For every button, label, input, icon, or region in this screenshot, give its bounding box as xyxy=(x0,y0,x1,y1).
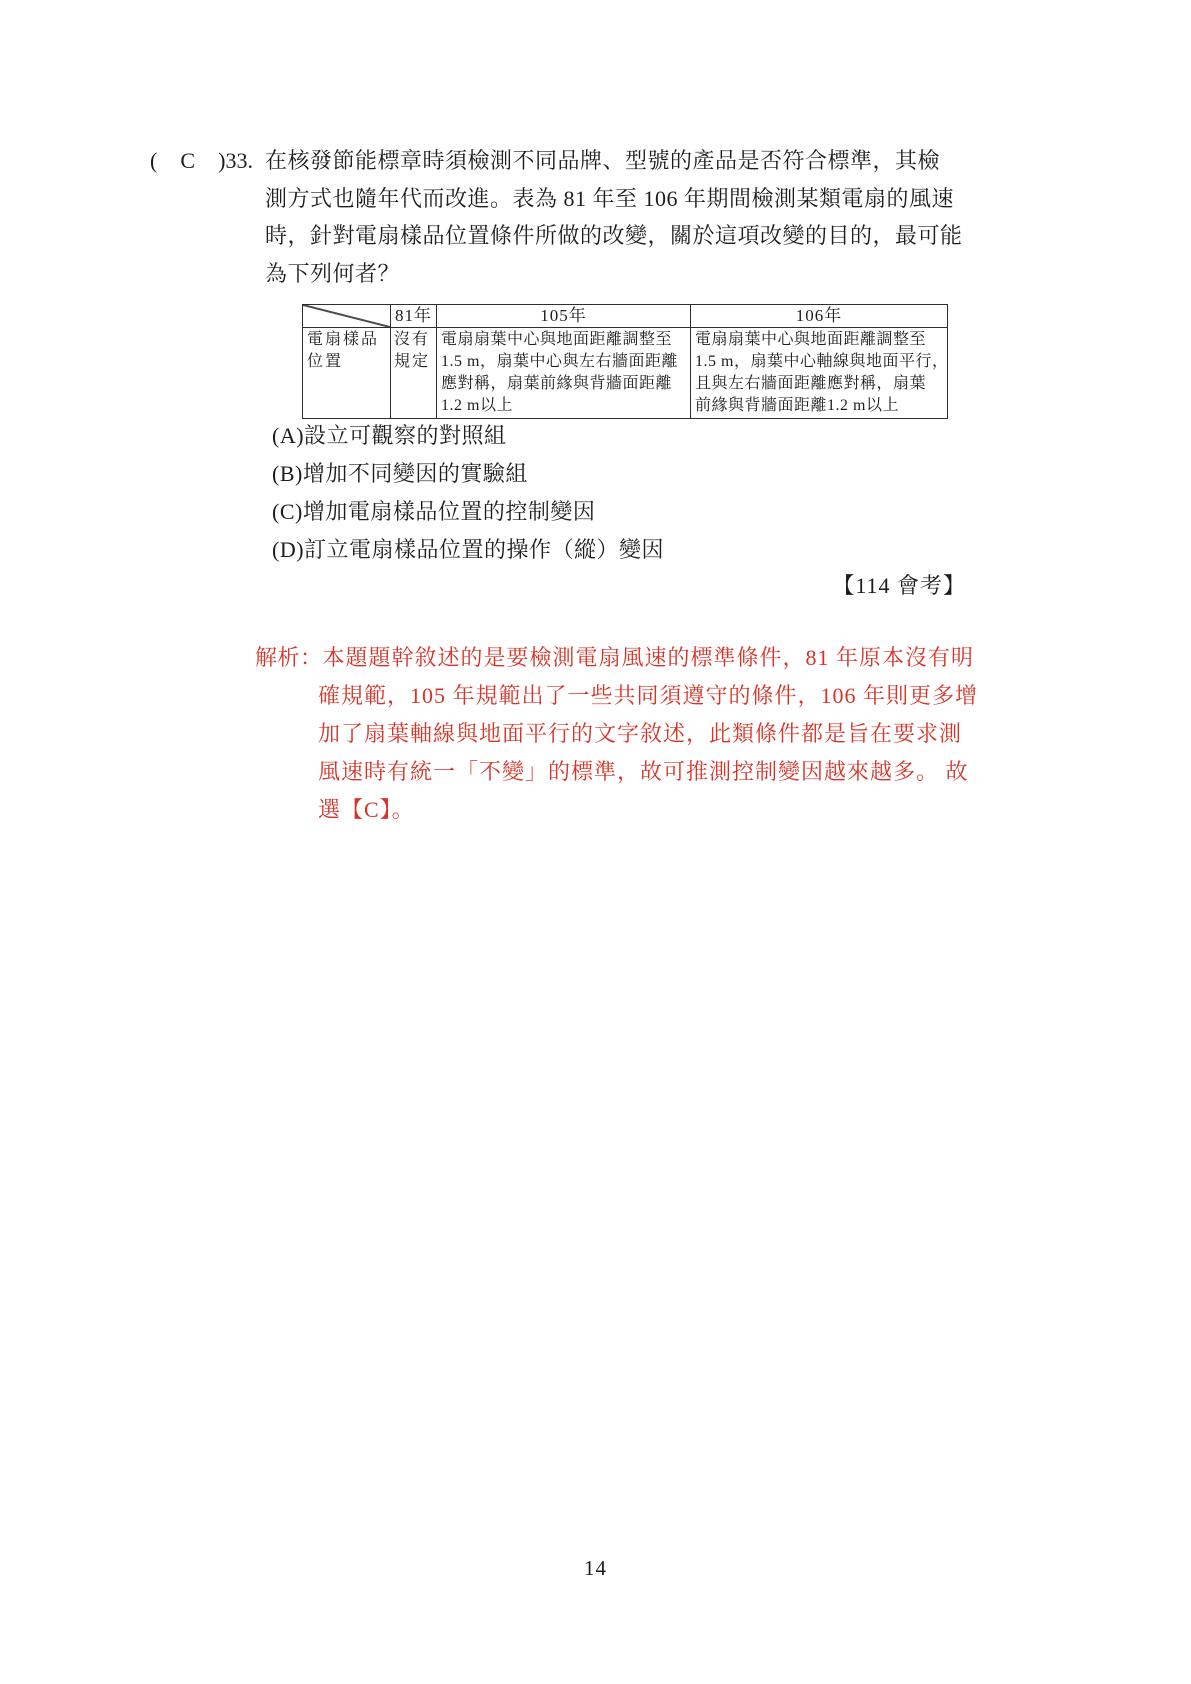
cell-line: 前緣與背牆面距離1.2 m以上 xyxy=(695,395,943,417)
cell-year-105: 電扇扇葉中心與地面距離調整至 1.5 m，扇葉中心與左右牆面距離 應對稱，扇葉前… xyxy=(437,328,691,419)
analysis-line: 加了扇葉軸線與地面平行的文字敘述，此類條件都是旨在要求測 xyxy=(318,715,978,753)
cell-line: 1.5 m，扇葉中心與左右牆面距離 xyxy=(441,351,686,373)
cell-year-106: 電扇扇葉中心與地面距離調整至 1.5 m，扇葉中心軸線與地面平行， 且與左右牆面… xyxy=(691,328,948,419)
option-b: (B)增加不同變因的實驗組 xyxy=(272,455,664,493)
cell-line: 應對稱，扇葉前緣與背牆面距離 xyxy=(441,373,686,395)
fan-spec-comparison-table: 81年 105年 106年 電扇樣品 位置 沒有 規定 電扇扇葉中心與地面距離調… xyxy=(302,304,948,419)
analysis-line: 風速時有統一「不變」的標準，故可推測控制變因越來越多。 故 xyxy=(318,753,978,791)
analysis-line: 本題題幹敘述的是要檢測電扇風速的標準條件，81 年原本沒有明 xyxy=(323,639,975,677)
exam-source-tag: 【114 會考】 xyxy=(150,569,966,600)
option-a: (A)設立可觀察的對照組 xyxy=(272,417,664,455)
question-text-line: 測方式也隨年代而改進。表為 81 年至 106 年期間檢測某類電扇的風速 xyxy=(265,180,963,218)
answer-letter: C xyxy=(180,142,195,180)
table-corner-cell xyxy=(303,305,391,328)
page-number: 14 xyxy=(0,1556,1191,1581)
analysis-line: 確規範，105 年規範出了一些共同須遵守的條件，106 年則更多增 xyxy=(318,677,978,715)
diagonal-line-icon xyxy=(303,305,390,327)
question-number: )33. xyxy=(218,142,253,180)
row-label-line: 位置 xyxy=(307,351,386,373)
question-text-line: 時，針對電扇樣品位置條件所做的改變，關於這項改變的目的，最可能 xyxy=(265,217,963,255)
document-page: ( C )33. 在核發節能標章時須檢測不同品牌、型號的產品是否符合標準，其檢 … xyxy=(0,0,1191,1684)
analysis-block: 解析： 本題題幹敘述的是要檢測電扇風速的標準條件，81 年原本沒有明 確規範，1… xyxy=(255,639,978,829)
cell-year-81: 沒有 規定 xyxy=(391,328,437,419)
cell-line: 規定 xyxy=(394,351,433,373)
row-label-cell: 電扇樣品 位置 xyxy=(303,328,391,419)
cell-line: 電扇扇葉中心與地面距離調整至 xyxy=(695,329,943,351)
row-label-line: 電扇樣品 xyxy=(307,329,386,351)
question-text-line: 為下列何者？ xyxy=(265,255,963,293)
year-header-106: 106年 xyxy=(691,305,948,328)
cell-line: 沒有 xyxy=(394,329,433,351)
cell-line: 且與左右牆面距離應對稱，扇葉 xyxy=(695,373,943,395)
question-block: ( C )33. 在核發節能標章時須檢測不同品牌、型號的產品是否符合標準，其檢 … xyxy=(150,142,963,292)
cell-line: 1.2 m以上 xyxy=(441,395,686,417)
table-header-row: 81年 105年 106年 xyxy=(303,305,948,328)
option-c: (C)增加電扇樣品位置的控制變因 xyxy=(272,493,664,531)
year-header-105: 105年 xyxy=(437,305,691,328)
options-list: (A)設立可觀察的對照組 (B)增加不同變因的實驗組 (C)增加電扇樣品位置的控… xyxy=(272,417,664,569)
answer-marker: ( C )33. xyxy=(150,142,253,180)
analysis-label: 解析： xyxy=(255,639,323,677)
cell-line: 1.5 m，扇葉中心軸線與地面平行， xyxy=(695,351,943,373)
cell-line: 電扇扇葉中心與地面距離調整至 xyxy=(441,329,686,351)
question-text-line: 在核發節能標章時須檢測不同品牌、型號的產品是否符合標準，其檢 xyxy=(265,142,940,180)
answer-paren-open: ( xyxy=(150,142,157,180)
year-header-81: 81年 xyxy=(391,305,437,328)
table-row: 電扇樣品 位置 沒有 規定 電扇扇葉中心與地面距離調整至 1.5 m，扇葉中心與… xyxy=(303,328,948,419)
analysis-line: 選【C】。 xyxy=(318,791,978,829)
option-d: (D)訂立電扇樣品位置的操作（縱）變因 xyxy=(272,531,664,569)
